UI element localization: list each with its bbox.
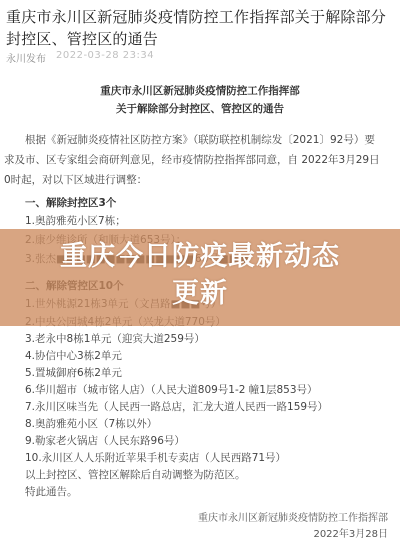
document-title: 重庆市永川区新冠肺炎疫情防控工作指挥部 关于解除部分封控区、管控区的通告 xyxy=(0,82,400,118)
headline-text: 重庆今日防疫最新动态更新 xyxy=(50,238,350,312)
list-item: 8.奥韵雅苑小区（7栋以外） xyxy=(25,416,157,432)
signature-org: 重庆市永川区新冠肺炎疫情防控工作指挥部 xyxy=(198,511,388,527)
headline-banner-text: 重庆今日防疫最新动态更新 xyxy=(0,238,400,312)
list-item: 6.华川超市（城市铭人店）（人民大道809号1-2 幢1层853号） xyxy=(25,382,318,398)
document-title-line-1: 重庆市永川区新冠肺炎疫情防控工作指挥部 xyxy=(0,82,400,100)
list-item: 9.勒家老火锅店（人民东路96号） xyxy=(25,433,185,449)
list-item: 3.老永中8栋1单元（迎宾大道259号） xyxy=(25,331,205,347)
article-author[interactable]: 永川发布 xyxy=(6,50,46,65)
closing-note: 以上封控区、管控区解除后自动调整为防范区。 xyxy=(25,467,246,483)
document-intro: 根据《新冠肺炎疫情社区防控方案》（联防联控机制综发〔2021〕92号）要求及市、… xyxy=(4,130,384,190)
signature: 重庆市永川区新冠肺炎疫情防控工作指挥部 2022年3月28日 xyxy=(198,511,388,543)
list-item: 1.奥韵雅苑小区7栋； xyxy=(25,213,126,229)
list-item: 10.永川区人人乐附近苹果手机专卖店（人民西路71号） xyxy=(25,450,286,466)
list-item: 4.协信中心3栋2单元 xyxy=(25,348,122,364)
section-heading-lift-lockdown: 一、解除封控区3个 xyxy=(25,195,116,211)
article-timestamp: 2022-03-28 23:34 xyxy=(56,50,154,65)
signature-date: 2022年3月28日 xyxy=(198,527,388,543)
list-item: 7.永川区味当先（人民西一路总店，汇龙大道人民西一路159号） xyxy=(25,399,328,415)
closing-announcement: 特此通告。 xyxy=(25,484,78,500)
article-meta: 永川发布 2022-03-28 23:34 xyxy=(6,50,154,65)
document-title-line-2: 关于解除部分封控区、管控区的通告 xyxy=(0,100,400,118)
article-title: 重庆市永川区新冠肺炎疫情防控工作指挥部关于解除部分封控区、管控区的通告 xyxy=(6,6,394,50)
list-item: 5.置城御府6栋2单元 xyxy=(25,365,122,381)
